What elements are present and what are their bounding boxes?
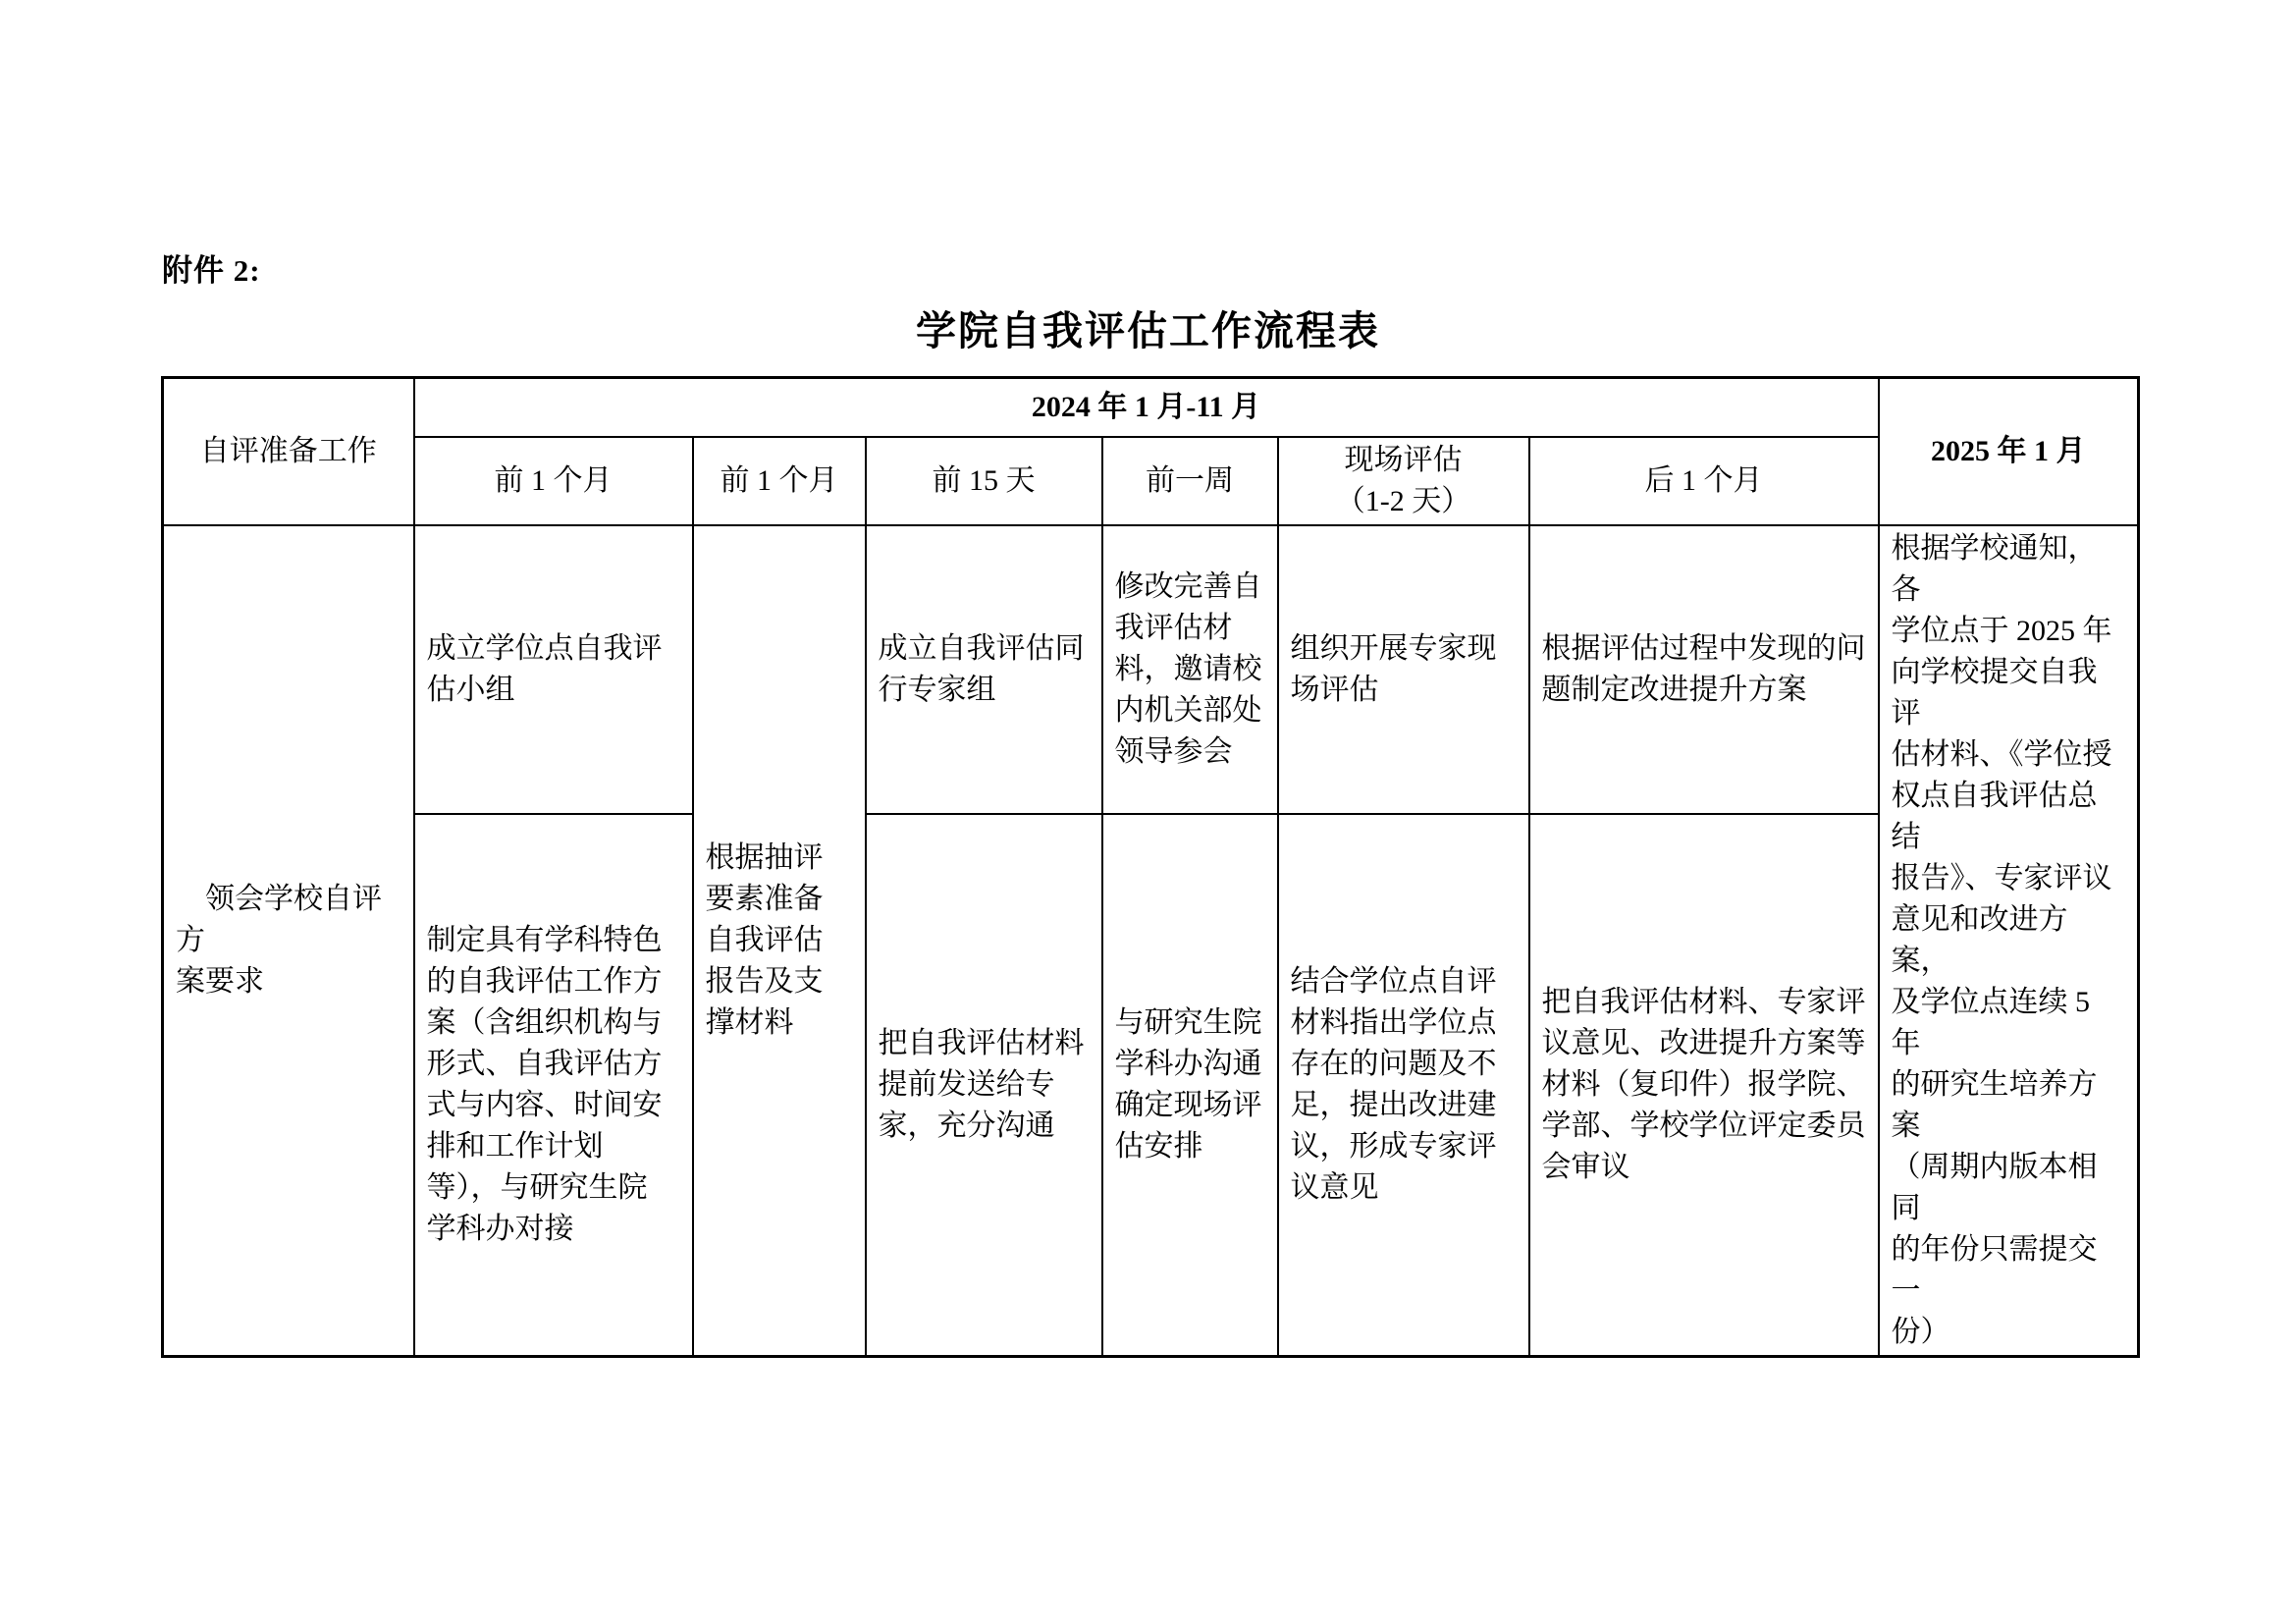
cell-month1-top: 成立学位点自我评 估小组 <box>414 525 693 814</box>
subheader-month1-b: 前 1 个月 <box>693 437 866 525</box>
cell-after-top: 根据评估过程中发现的问 题制定改进提升方案 <box>1529 525 1879 814</box>
header-period-2025: 2025 年 1 月 <box>1879 378 2139 525</box>
subheader-week-before: 前一周 <box>1102 437 1278 525</box>
cell-row-label: 领会学校自评方 案要求 <box>163 525 414 1357</box>
cell-onsite-bottom: 结合学位点自评 材料指出学位点 存在的问题及不 足，提出改进建 议，形成专家评 … <box>1278 814 1529 1356</box>
cell-week-bottom: 与研究生院 学科办沟通 确定现场评 估安排 <box>1102 814 1278 1356</box>
cell-week-top: 修改完善自 我评估材 料，邀请校 内机关部处 领导参会 <box>1102 525 1278 814</box>
subheader-onsite-eval: 现场评估 （1-2 天） <box>1278 437 1529 525</box>
document-page: 附件 2: 学院自我评估工作流程表 自评准备工作 2024 年 1 月-11 月… <box>0 0 2296 1624</box>
header-period-2024: 2024 年 1 月-11 月 <box>414 378 1879 437</box>
cell-month1-span: 根据抽评 要素准备 自我评估 报告及支 撑材料 <box>693 525 866 1357</box>
cell-15days-bottom: 把自我评估材料 提前发送给专 家，充分沟通 <box>866 814 1102 1356</box>
cell-jan2025-span: 根据学校通知，各 学位点于 2025 年 向学校提交自我评 估材料、《学位授 权… <box>1879 525 2139 1357</box>
page-title: 学院自我评估工作流程表 <box>0 298 2296 356</box>
attachment-label: 附件 2: <box>162 245 261 290</box>
cell-15days-top: 成立自我评估同 行专家组 <box>866 525 1102 814</box>
cell-onsite-top: 组织开展专家现 场评估 <box>1278 525 1529 814</box>
subheader-month-after: 后 1 个月 <box>1529 437 1879 525</box>
header-prep-work: 自评准备工作 <box>163 378 414 525</box>
subheader-15days: 前 15 天 <box>866 437 1102 525</box>
cell-month1-bottom: 制定具有学科特色 的自我评估工作方 案（含组织机构与 形式、自我评估方 式与内容… <box>414 814 693 1356</box>
subheader-month1-a: 前 1 个月 <box>414 437 693 525</box>
cell-after-bottom: 把自我评估材料、专家评 议意见、改进提升方案等 材料（复印件）报学院、 学部、学… <box>1529 814 1879 1356</box>
flow-table: 自评准备工作 2024 年 1 月-11 月 2025 年 1 月 前 1 个月… <box>161 376 2140 1358</box>
